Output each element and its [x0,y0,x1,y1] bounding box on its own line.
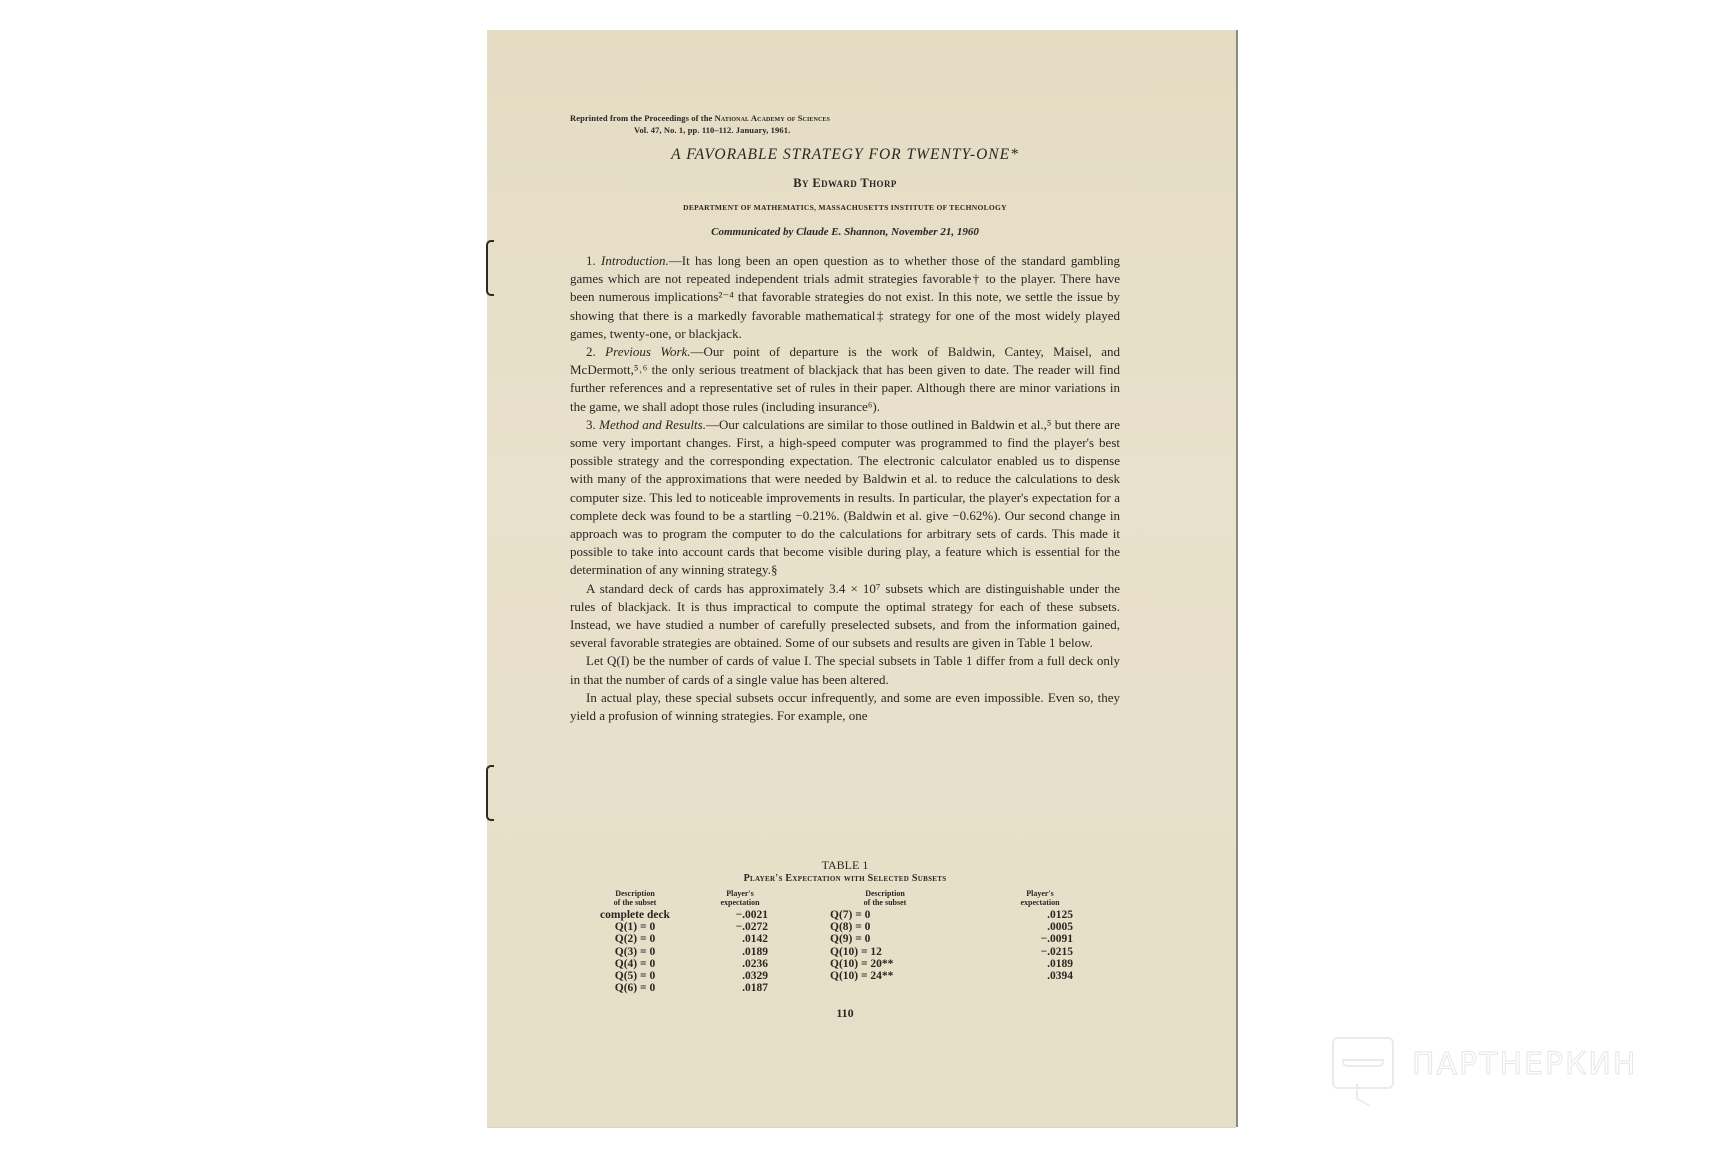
reprint-line: Reprinted from the Proceedings of the Na… [570,112,830,124]
staple-bottom [486,765,494,821]
col-header: Descriptionof the subset [570,889,700,909]
table-cell: Q(8) = 0 [830,921,960,933]
col-right-expectation: Player'sexpectation .0125.0005−.0091−.02… [985,889,1095,982]
table-cell: .0187 [690,982,768,994]
table-subtitle: Player's Expectation with Selected Subse… [570,872,1120,886]
communicated-by: Communicated by Claude E. Shannon, Novem… [570,226,1120,238]
paragraph: In actual play, these special subsets oc… [570,689,1120,725]
table-cell: Q(10) = 20** [830,958,960,970]
department: DEPARTMENT OF MATHEMATICS, MASSACHUSETTS… [570,203,1120,212]
table-cell: −.0021 [690,909,768,921]
col-header: Player'sexpectation [985,889,1095,909]
table-cell: .0142 [690,933,768,945]
table-cell: .0005 [985,921,1073,933]
watermark: ПАРТНЕРКИН [1332,1037,1637,1109]
col-header: Player'sexpectation [690,889,790,909]
table-cell: Q(9) = 0 [830,933,960,945]
table-cell: complete deck [570,909,700,921]
table-cell: Q(7) = 0 [830,909,960,921]
page-number: 110 [570,1006,1120,1021]
table-cell: .0236 [690,958,768,970]
table-1: TABLE 1 Player's Expectation with Select… [570,858,1120,1009]
table-cell: Q(4) = 0 [570,958,700,970]
table-cell: Q(2) = 0 [570,933,700,945]
document-page: Reprinted from the Proceedings of the Na… [487,30,1236,1127]
table-cell: .0189 [690,946,768,958]
paragraph: 1. Introduction.—It has long been an ope… [570,252,1120,343]
reprint-prefix: Reprinted from the Proceedings of the [570,113,715,123]
col-values: complete deckQ(1) = 0Q(2) = 0Q(3) = 0Q(4… [570,909,700,994]
table-cell: −.0215 [985,946,1073,958]
table-cell: −.0091 [985,933,1073,945]
volume-line: Vol. 47, No. 1, pp. 110–112. January, 19… [634,124,790,136]
journal-name: National Academy of Sciences [715,113,830,123]
col-values: −.0021−.0272.0142.0189.0236.0329.0187 [690,909,790,994]
paragraph: 2. Previous Work.—Our point of departure… [570,343,1120,416]
table-cell: .0125 [985,909,1073,921]
paragraph: 3. Method and Results.—Our calculations … [570,416,1120,580]
col-left-description: Descriptionof the subset complete deckQ(… [570,889,700,994]
paragraph: Let Q(I) be the number of cards of value… [570,652,1120,688]
paragraph: A standard deck of cards has approximate… [570,580,1120,653]
table-cell: −.0272 [690,921,768,933]
table-cell: Q(10) = 12 [830,946,960,958]
table-cell: Q(5) = 0 [570,970,700,982]
table-cell: Q(3) = 0 [570,946,700,958]
col-values: Q(7) = 0Q(8) = 0Q(9) = 0Q(10) = 12Q(10) … [830,909,960,982]
table-title: TABLE 1 [570,858,1120,872]
table-cell: .0329 [690,970,768,982]
article-author: By Edward Thorp [570,176,1120,191]
table-grid: Descriptionof the subset complete deckQ(… [570,889,1120,1009]
col-header: Descriptionof the subset [830,889,940,909]
col-right-description: Descriptionof the subset Q(7) = 0Q(8) = … [830,889,960,982]
staple-top [486,240,494,296]
col-left-expectation: Player'sexpectation −.0021−.0272.0142.01… [690,889,790,994]
speech-bubble-glasses-icon [1332,1037,1394,1089]
table-cell: Q(10) = 24** [830,970,960,982]
col-values: .0125.0005−.0091−.0215.0189.0394 [985,909,1095,982]
table-cell: Q(1) = 0 [570,921,700,933]
table-cell: .0394 [985,970,1073,982]
article-body: 1. Introduction.—It has long been an ope… [570,252,1120,725]
table-cell: Q(6) = 0 [570,982,700,994]
table-cell: .0189 [985,958,1073,970]
article-title: A FAVORABLE STRATEGY FOR TWENTY-ONE* [570,146,1120,164]
watermark-text: ПАРТНЕРКИН [1412,1047,1637,1082]
